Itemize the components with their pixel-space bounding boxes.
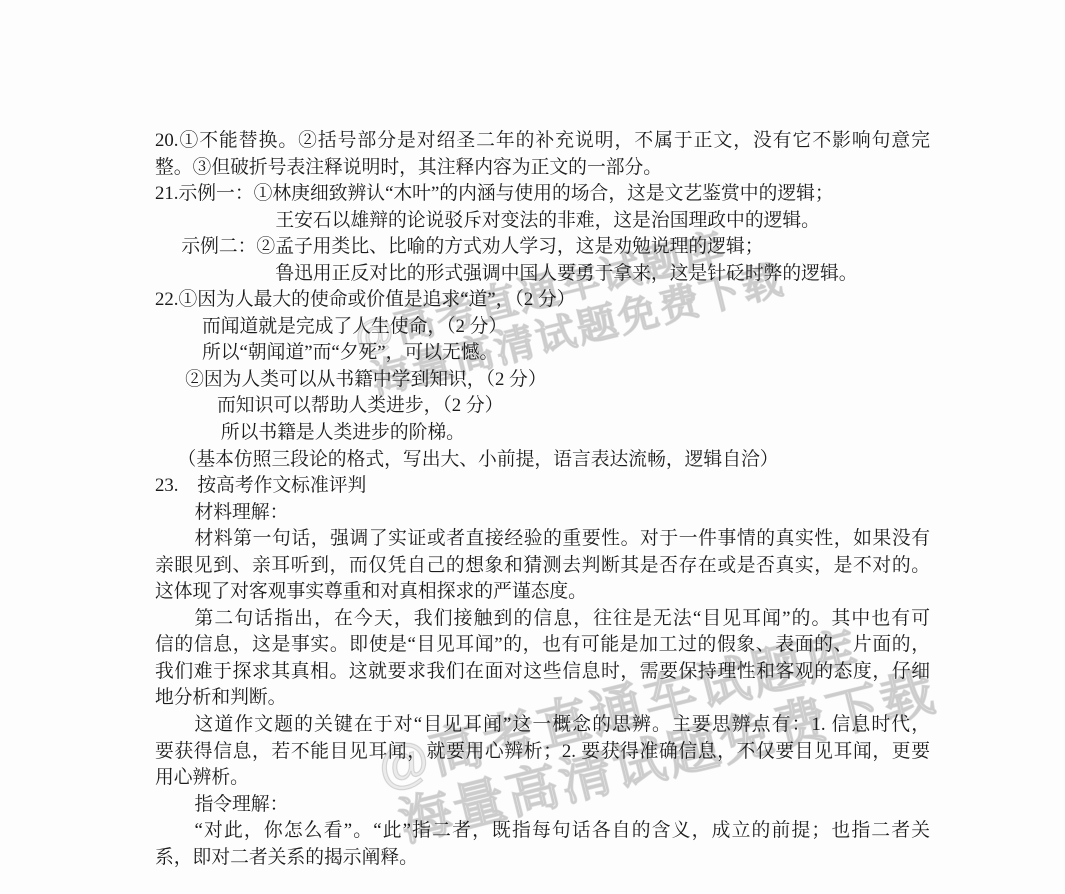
directive-para-line-2: 系，即对二者关系的揭示阐释。 <box>155 845 930 872</box>
material-para-3-line-3: 用心辨析。 <box>155 765 930 792</box>
material-para-2-line-2: 信的信息，这是事实。即使是“目见耳闻”的，也有可能是加工过的假象、表面的、片面的… <box>155 632 930 659</box>
material-understanding-label: 材料理解： <box>155 500 930 527</box>
answer-22-grading-note: （基本仿照三段论的格式，写出大、小前提，语言表达流畅，逻辑自洽） <box>155 447 930 474</box>
answer-22-conclusion-2: 所以书籍是人类进步的阶梯。 <box>155 420 930 447</box>
answer-22-premise-1a: 22.①因为人最大的使命或价值是追求“道”，（2 分） <box>155 287 930 314</box>
directive-para-line-1: “对此，你怎么看”。“此”指二者，既指每句话各自的含义，成立的前提；也指二者关 <box>155 818 930 845</box>
answer-key-text: 20.①不能替换。②括号部分是对绍圣二年的补充说明，不属于正文，没有它不影响句意… <box>155 128 930 871</box>
material-para-2-line-3: 我们难于探求其真相。这就要求我们在面对这些信息时，需要保持理性和客观的态度，仔细 <box>155 659 930 686</box>
material-para-2-line-1: 第二句话指出，在今天，我们接触到的信息，往往是无法“目见耳闻”的。其中也有可 <box>155 606 930 633</box>
answer-20-line-1: 20.①不能替换。②括号部分是对绍圣二年的补充说明，不属于正文，没有它不影响句意… <box>155 128 930 155</box>
answer-21-example-2-cont: 鲁迅用正反对比的形式强调中国人要勇于拿来，这是针砭时弊的逻辑。 <box>155 261 930 288</box>
material-para-1-line-3: 这体现了对客观事实尊重和对真相探求的严谨态度。 <box>155 579 930 606</box>
material-para-1-line-2: 亲眼见到、亲耳听到，而仅凭自己的想象和猜测去判断其是否存在或是否真实，是不对的。 <box>155 553 930 580</box>
exam-answer-sheet: @高考直通车试题库 海量高清试题免费下载 @高考直通车试题库 海量高清试题免费下… <box>0 0 1065 894</box>
answer-23-heading: 23. 按高考作文标准评判 <box>155 473 930 500</box>
answer-21-example-1: 21.示例一：①林庚细致辨认“木叶”的内涵与使用的场合，这是文艺鉴赏中的逻辑； <box>155 181 930 208</box>
answer-20-line-2: 整。③但破折号表注释说明时，其注释内容为正文的一部分。 <box>155 155 930 182</box>
answer-22-conclusion-1: 所以“朝闻道”而“夕死”，可以无憾。 <box>155 340 930 367</box>
material-para-1-line-1: 材料第一句话，强调了实证或者直接经验的重要性。对于一件事情的真实性，如果没有 <box>155 526 930 553</box>
answer-22-premise-2b: 而知识可以帮助人类进步，（2 分） <box>155 393 930 420</box>
answer-21-example-2: 示例二：②孟子用类比、比喻的方式劝人学习，这是劝勉说理的逻辑； <box>155 234 930 261</box>
material-para-3-line-2: 要获得信息，若不能目见耳闻，就要用心辨析；2. 要获得准确信息，不仅要目见耳闻，… <box>155 739 930 766</box>
answer-21-example-1-cont: 王安石以雄辩的论说驳斥对变法的非难，这是治国理政中的逻辑。 <box>155 208 930 235</box>
answer-22-premise-1b: 而闻道就是完成了人生使命，（2 分） <box>155 314 930 341</box>
material-para-3-line-1: 这道作文题的关键在于对“目见耳闻”这一概念的思辨。主要思辨点有：1. 信息时代， <box>155 712 930 739</box>
material-para-2-line-4: 地分析和判断。 <box>155 685 930 712</box>
directive-understanding-label: 指令理解： <box>155 792 930 819</box>
answer-22-premise-2a: ②因为人类可以从书籍中学到知识，（2 分） <box>155 367 930 394</box>
